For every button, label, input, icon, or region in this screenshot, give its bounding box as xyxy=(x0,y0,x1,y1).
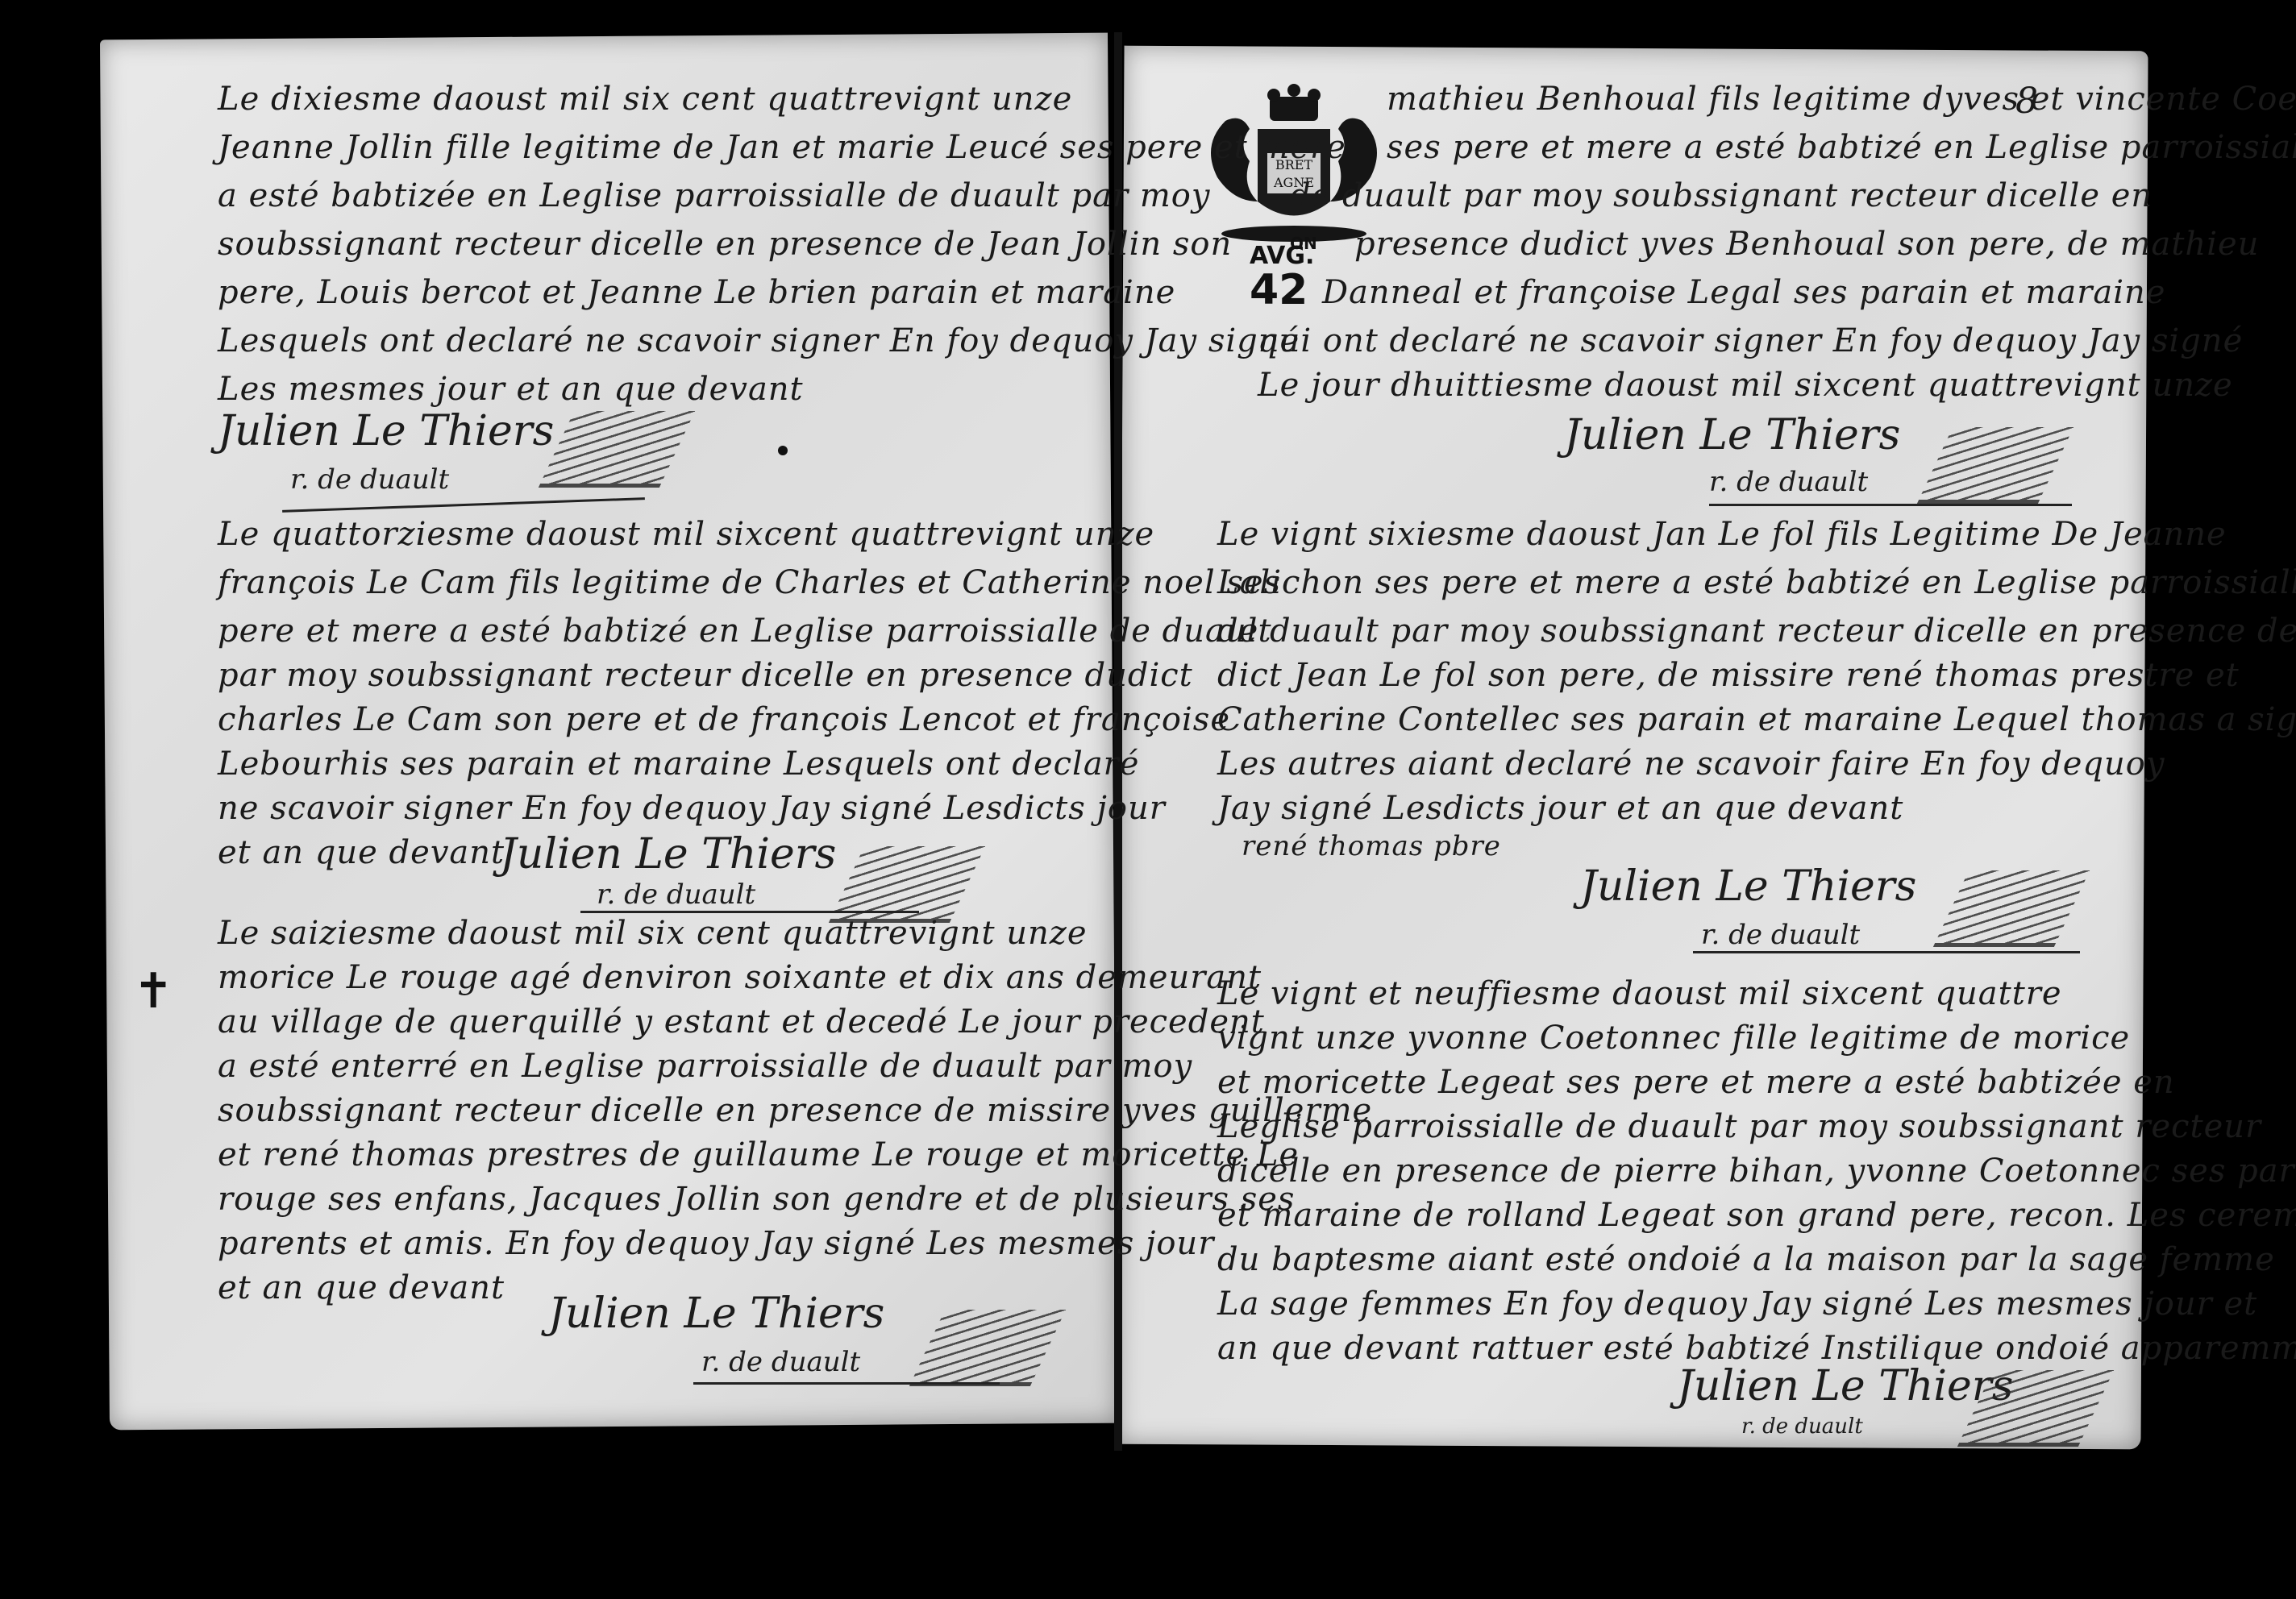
entry-line: rouge ses enfans, Jacques Jollin son gen… xyxy=(218,1181,1295,1218)
entry-line: La sage femmes En foy dequoy Jay signé L… xyxy=(1217,1285,2257,1323)
signature-title: r. de duault xyxy=(1709,466,1868,498)
entry-line: parents et amis. En foy dequoy Jay signé… xyxy=(218,1225,1214,1262)
entry-line: Le quattorziesme daoust mil sixcent quat… xyxy=(218,516,1154,553)
entry-line: qui ont declaré ne scavoir signer En foy… xyxy=(1258,322,2243,359)
signature: Julien Le Thiers xyxy=(1564,411,1900,459)
entry-line: de duault par moy soubssignant recteur d… xyxy=(1217,613,2296,650)
entry-line: presence dudict yves Benhoual son pere, … xyxy=(1354,226,2259,263)
entry-line: charles Le Cam son pere et de françois L… xyxy=(218,701,1230,738)
signature: Julien Le Thiers xyxy=(500,830,836,878)
entry-line: pere, Louis bercot et Jeanne Le brien pa… xyxy=(218,274,1175,311)
entry-line: par moy soubssignant recteur dicelle en … xyxy=(218,657,1193,694)
entry-line: et an que devant xyxy=(218,1269,505,1306)
signature-title: r. de duault xyxy=(1701,919,1860,951)
entry-line: Lebourhis ses parain et maraine Lesquels… xyxy=(218,746,1139,783)
entry-line: Le vignt et neuffiesme daoust mil sixcen… xyxy=(1217,975,2062,1012)
entry-line: a esté enterré en Leglise parroissialle … xyxy=(218,1048,1192,1085)
entry-line: Catherine Contellec ses parain et marain… xyxy=(1217,701,2296,738)
entry-line: du baptesme aiant esté ondoié a la maiso… xyxy=(1217,1241,2275,1278)
entry-line: Leglise parroissialle de duault par moy … xyxy=(1217,1108,2261,1145)
entry-line: dicelle en presence de pierre bihan, yvo… xyxy=(1217,1153,2296,1190)
entry-line: Le dixiesme daoust mil six cent quattrev… xyxy=(218,81,1072,118)
entry-line: pere et mere a esté babtizé en Leglise p… xyxy=(218,613,1272,650)
entry-line: et moricette Legeat ses pere et mere a e… xyxy=(1217,1064,2175,1101)
signature-underline xyxy=(1693,951,2080,953)
entry-line: Le saiziesme daoust mil six cent quattre… xyxy=(218,915,1088,952)
entry-line: ne scavoir signer En foy dequoy Jay sign… xyxy=(218,790,1166,827)
entry-line: de duault par moy soubssignant recteur d… xyxy=(1290,177,2152,214)
entry-line: Les mesmes jour et an que devant xyxy=(218,371,804,408)
witness-signature: rené thomas pbre xyxy=(1242,830,1501,862)
signature: Julien Le Thiers xyxy=(1580,862,1916,911)
entry-line: dict Jean Le fol son pere, de missire re… xyxy=(1217,657,2240,694)
entry-line: morice Le rouge agé denviron soixante et… xyxy=(218,959,1262,996)
signature-title: r. de duault xyxy=(290,463,449,496)
entry-line: et rené thomas prestres de guillaume Le … xyxy=(218,1136,1299,1173)
entry-line: mathieu Benhoual fils legitime dyves et … xyxy=(1387,81,2296,118)
signature: Julien Le Thiers xyxy=(218,407,554,455)
entry-line: Le vignt sixiesme daoust Jan Le fol fils… xyxy=(1217,516,2227,553)
signature: Julien Le Thiers xyxy=(1677,1362,2013,1410)
entry-line: au village de querquillé y estant et dec… xyxy=(218,1003,1265,1040)
entry-line: soubssignant recteur dicelle en presence… xyxy=(218,1092,1372,1129)
signature: Julien Le Thiers xyxy=(548,1290,884,1338)
entry-line: a esté babtizée en Leglise parroissialle… xyxy=(218,177,1210,214)
signature-underline xyxy=(1709,504,2072,506)
ink-dot xyxy=(778,446,788,455)
signature-title: r. de duault xyxy=(1741,1414,1863,1439)
entry-line: soubssignant recteur dicelle en presence… xyxy=(218,226,1232,263)
signature-underline xyxy=(580,911,919,913)
signature-title: r. de duault xyxy=(597,878,755,911)
burial-cross-icon: ✝ xyxy=(133,963,173,1020)
entry-line: Danneal et françoise Legal ses parain et… xyxy=(1322,274,2165,311)
entry-line: Lesquels ont declaré ne scavoir signer E… xyxy=(218,322,1300,359)
entry-line: vignt unze yvonne Coetonnec fille legiti… xyxy=(1217,1020,2130,1057)
entry-line: Le jour dhuittiesme daoust mil sixcent q… xyxy=(1258,367,2233,404)
entry-line: et an que devant xyxy=(218,834,505,871)
entry-line: ses pere et mere a esté babtizé en Legli… xyxy=(1387,129,2296,166)
entry-line: Les autres aiant declaré ne scavoir fair… xyxy=(1217,746,2165,783)
entry-line: et maraine de rolland Legeat son grand p… xyxy=(1217,1197,2296,1234)
entry-line: Lalichon ses pere et mere a esté babtizé… xyxy=(1217,564,2296,601)
entry-line: Jeanne Jollin fille legitime de Jan et m… xyxy=(218,129,1346,166)
signature-title: r. de duault xyxy=(701,1346,860,1378)
signature-underline xyxy=(693,1382,1000,1385)
entry-line: françois Le Cam fils legitime de Charles… xyxy=(218,564,1281,601)
entry-line: Jay signé Lesdicts jour et an que devant xyxy=(1217,790,1903,827)
